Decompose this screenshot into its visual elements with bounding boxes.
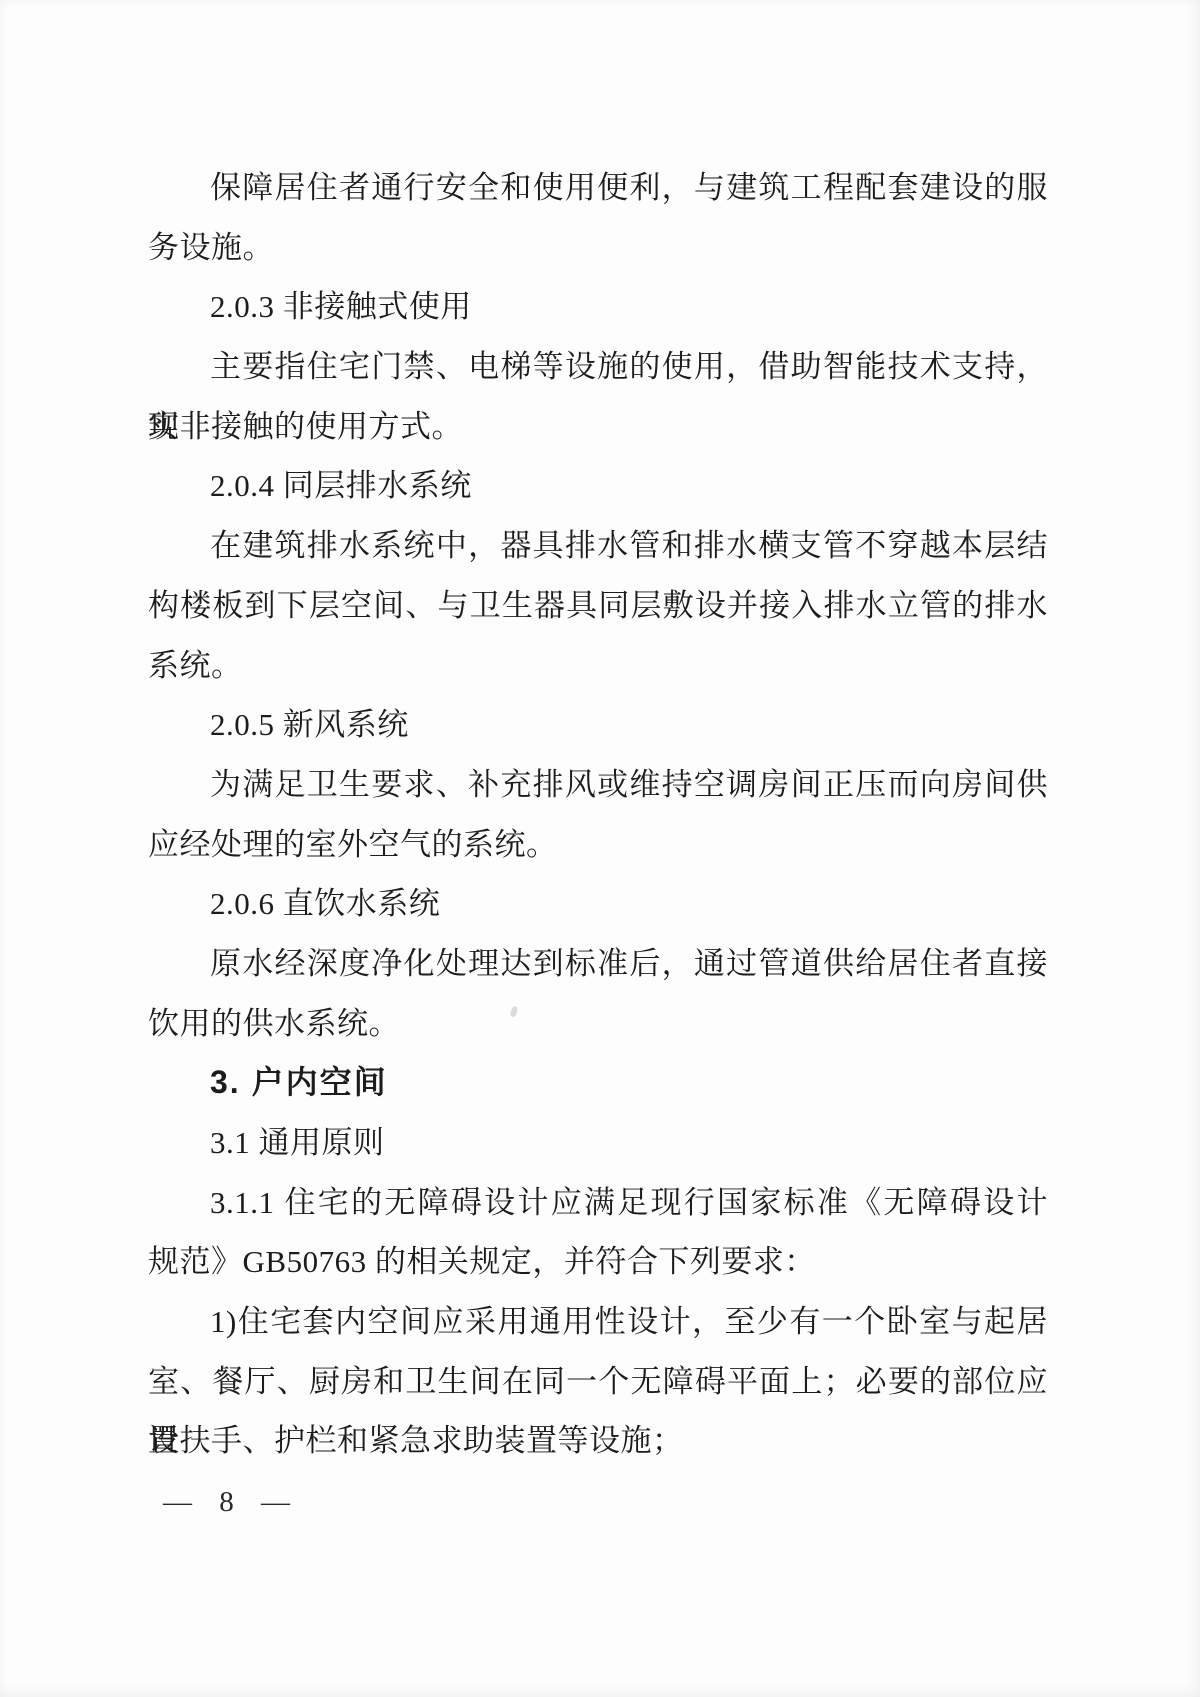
para-service-facilities-line-1: 保障居住者通行安全和使用便利，与建筑工程配套建设的服 bbox=[148, 158, 1048, 218]
page-number: — 8 — bbox=[163, 1486, 293, 1519]
para-drinking-water-line-2: 饮用的供水系统。 bbox=[148, 994, 1048, 1054]
para-3-1-1-line-1: 3.1.1 住宅的无障碍设计应满足现行国家标准《无障碍设计 bbox=[148, 1173, 1048, 1233]
text-block: 保障居住者通行安全和使用便利，与建筑工程配套建设的服 务设施。 2.0.3 非接… bbox=[148, 158, 1048, 1471]
heading-3-1: 3.1 通用原则 bbox=[148, 1113, 1048, 1173]
heading-2-0-5: 2.0.5 新风系统 bbox=[148, 695, 1048, 755]
chapter-heading-3: 3. 户内空间 bbox=[148, 1053, 1048, 1113]
para-contactless-line-1: 主要指住宅门禁、电梯等设施的使用，借助智能技术支持，实 bbox=[148, 337, 1048, 397]
para-service-facilities-line-2: 务设施。 bbox=[148, 218, 1048, 278]
para-drinking-water-line-1: 原水经深度净化处理达到标准后，通过管道供给居住者直接 bbox=[148, 934, 1048, 994]
para-same-floor-drainage-line-2: 构楼板到下层空间、与卫生器具同层敷设并接入排水立管的排水 bbox=[148, 576, 1048, 636]
para-contactless-line-2: 现非接触的使用方式。 bbox=[148, 397, 1048, 457]
heading-2-0-4: 2.0.4 同层排水系统 bbox=[148, 456, 1048, 516]
para-fresh-air-line-2: 应经处理的室外空气的系统。 bbox=[148, 815, 1048, 875]
para-item-1-line-1: 1)住宅套内空间应采用通用性设计，至少有一个卧室与起居 bbox=[148, 1292, 1048, 1352]
para-same-floor-drainage-line-3: 系统。 bbox=[148, 636, 1048, 696]
para-fresh-air-line-1: 为满足卫生要求、补充排风或维持空调房间正压而向房间供 bbox=[148, 755, 1048, 815]
para-3-1-1-line-2: 规范》GB50763 的相关规定，并符合下列要求： bbox=[148, 1232, 1048, 1292]
heading-2-0-3: 2.0.3 非接触式使用 bbox=[148, 277, 1048, 337]
para-item-1-line-3: 置扶手、护栏和紧急求助装置等设施； bbox=[148, 1411, 1048, 1471]
document-page: 保障居住者通行安全和使用便利，与建筑工程配套建设的服 务设施。 2.0.3 非接… bbox=[0, 0, 1200, 1697]
para-same-floor-drainage-line-1: 在建筑排水系统中，器具排水管和排水横支管不穿越本层结 bbox=[148, 516, 1048, 576]
heading-2-0-6: 2.0.6 直饮水系统 bbox=[148, 874, 1048, 934]
para-item-1-line-2: 室、餐厅、厨房和卫生间在同一个无障碍平面上；必要的部位应设 bbox=[148, 1352, 1048, 1412]
